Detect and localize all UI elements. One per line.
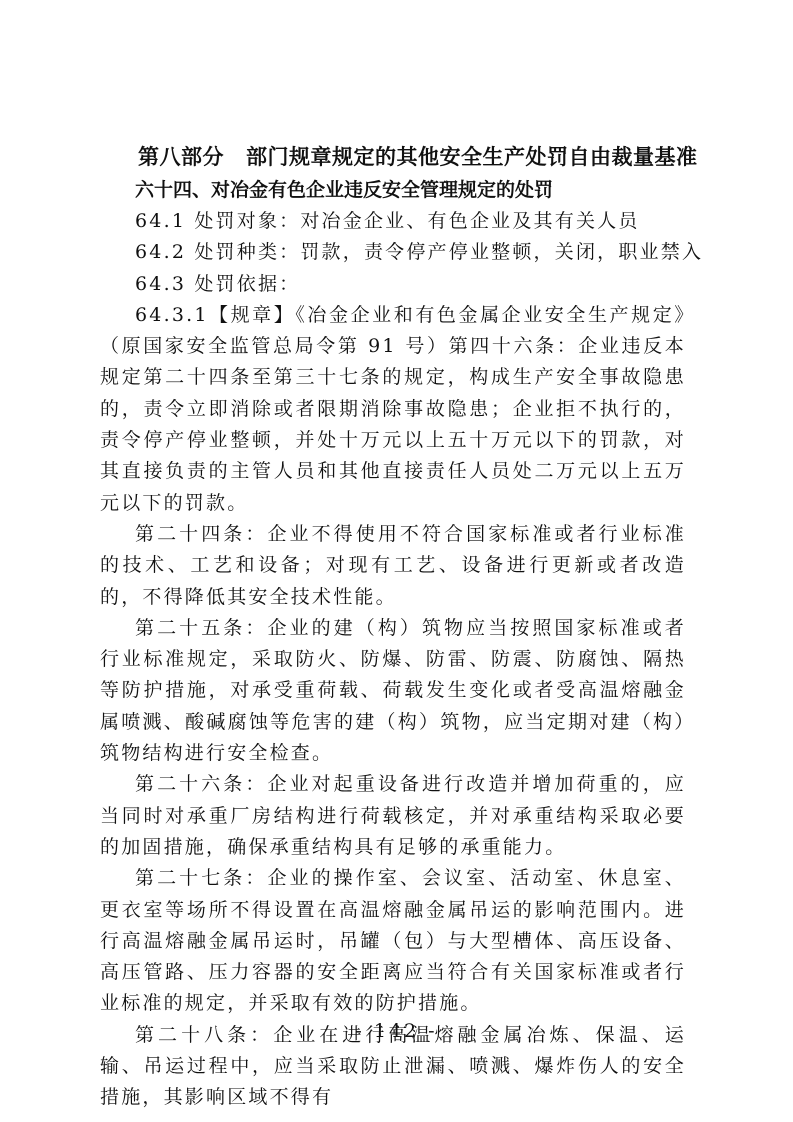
section-title: 六十四、对冶金有色企业违反安全管理规定的处罚 bbox=[135, 174, 686, 206]
paragraph-article-27: 第二十七条：企业的操作室、会议室、活动室、休息室、更衣室等场所不得设置在高温熔融… bbox=[100, 863, 686, 1019]
item-penalty-types: 64.2 处罚种类：罚款，责令停产停业整顿，关闭，职业禁入 bbox=[135, 237, 686, 268]
paragraph-article-24: 第二十四条：企业不得使用不符合国家标准或者行业标准的技术、工艺和设备；对现有工艺… bbox=[100, 519, 686, 613]
part-title: 第八部分部门规章规定的其他安全生产处罚自由裁量基准 bbox=[138, 140, 686, 174]
item-penalty-target: 64.1 处罚对象：对冶金企业、有色企业及其有关人员 bbox=[135, 206, 686, 237]
item-penalty-basis: 64.3 处罚依据： bbox=[135, 269, 686, 300]
paragraph-article-25: 第二十五条：企业的建（构）筑物应当按照国家标准或者行业标准规定，采取防火、防爆、… bbox=[100, 613, 686, 769]
document-page: 第八部分部门规章规定的其他安全生产处罚自由裁量基准 六十四、对冶金有色企业违反安… bbox=[100, 140, 686, 1114]
paragraph-article-26: 第二十六条：企业对起重设备进行改造并增加荷重的，应当同时对承重厂房结构进行荷载核… bbox=[100, 769, 686, 863]
page-number: - 142 - bbox=[0, 1020, 793, 1042]
part-label: 第八部分 bbox=[138, 145, 224, 169]
paragraph-regulation-64-3-1: 64.3.1【规章】《冶金企业和有色金属企业安全生产规定》（原国家安全监管总局令… bbox=[100, 300, 686, 519]
part-heading: 部门规章规定的其他安全生产处罚自由裁量基准 bbox=[246, 145, 698, 169]
